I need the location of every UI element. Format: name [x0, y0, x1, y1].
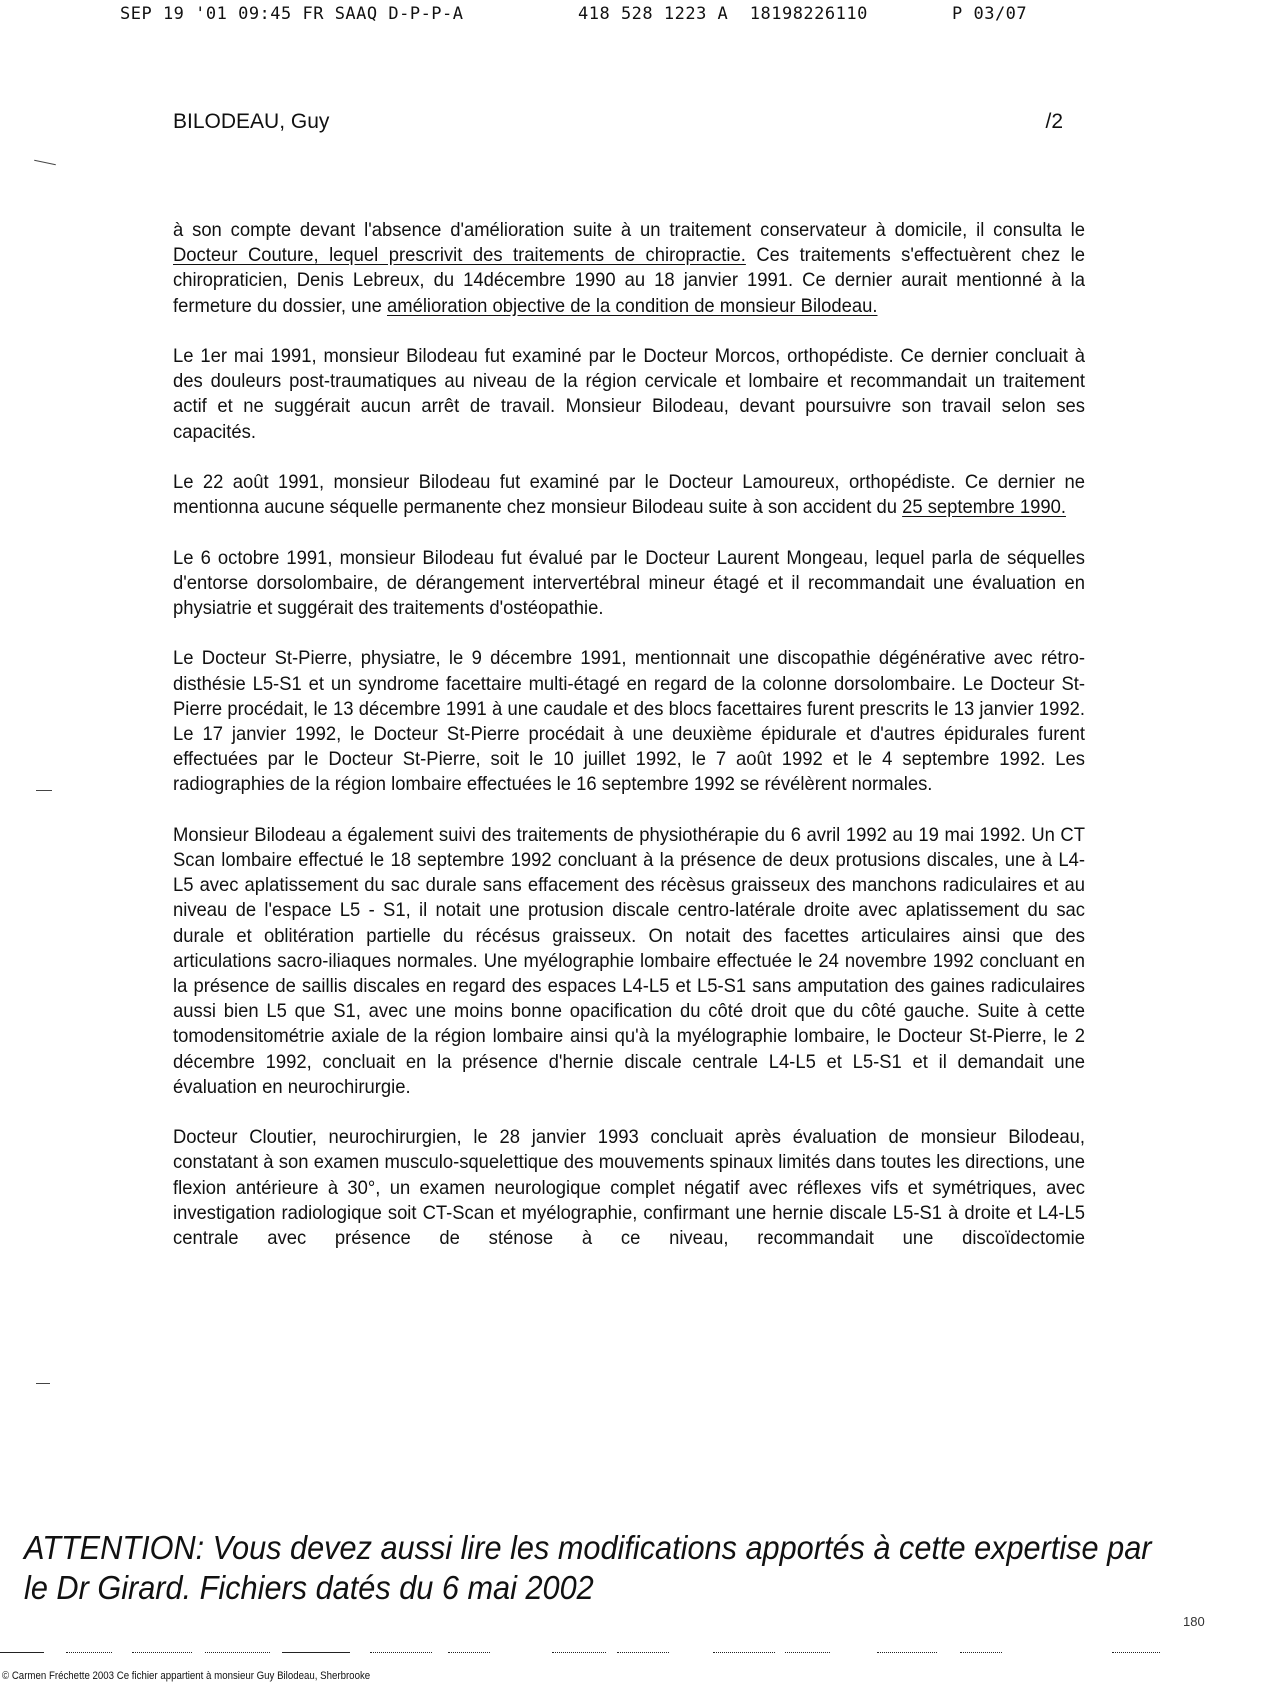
fax-numbers: 418 528 1223 A 18198226110 [578, 4, 868, 24]
text-segment: à son compte devant l'absence d'améliora… [173, 220, 1085, 241]
scan-speck [34, 160, 56, 166]
scan-artifact-line [552, 1652, 606, 1654]
page-header: BILODEAU, Guy /2 [173, 110, 1063, 140]
paragraph-cloutier: Docteur Cloutier, neurochirurgien, le 28… [173, 1125, 1085, 1251]
scan-artifact-line [0, 1652, 44, 1654]
text-segment: Le 1er mai 1991, monsieur Bilodeau fut e… [173, 346, 1085, 443]
scan-artifact-line [1112, 1652, 1160, 1654]
attention-notice: ATTENTION: Vous devez aussi lire les mod… [24, 1528, 1159, 1608]
scan-artifact-line [617, 1652, 669, 1654]
handwritten-page-mark: 180 [1183, 1614, 1205, 1629]
paragraph-mongeau: Le 6 octobre 1991, monsieur Bilodeau fut… [173, 546, 1085, 622]
scan-artifact-line [877, 1652, 937, 1654]
paragraph-chiropractic: à son compte devant l'absence d'améliora… [173, 218, 1085, 319]
paragraph-lamoureux: Le 22 août 1991, monsieur Bilodeau fut e… [173, 470, 1085, 520]
fax-page-indicator: P 03/07 [952, 4, 1027, 24]
scan-artifact-line [960, 1652, 1002, 1654]
scan-artifact-line [370, 1652, 432, 1654]
scan-artifact-line [713, 1652, 775, 1654]
paragraph-morcos: Le 1er mai 1991, monsieur Bilodeau fut e… [173, 344, 1085, 445]
scan-artifact-line [785, 1652, 830, 1654]
text-segment: Le 6 octobre 1991, monsieur Bilodeau fut… [173, 548, 1085, 619]
text-segment: Docteur Cloutier, neurochirurgien, le 28… [173, 1127, 1085, 1249]
scan-speck [36, 790, 52, 791]
paragraph-st-pierre: Le Docteur St-Pierre, physiatre, le 9 dé… [173, 646, 1085, 797]
scan-speck [36, 1383, 50, 1384]
scan-artifact-line [282, 1652, 350, 1654]
fax-transmission-header: SEP 19 '01 09:45 FR SAAQ D-P-P-A 418 528… [0, 4, 1264, 28]
scan-artifact-line [448, 1652, 490, 1654]
text-segment: Monsieur Bilodeau a également suivi des … [173, 825, 1085, 1098]
fax-timestamp: SEP 19 '01 09:45 FR SAAQ D-P-P-A [120, 4, 464, 24]
scan-artifact-line [205, 1652, 270, 1654]
page-number: /2 [1045, 110, 1063, 134]
copyright-footer: © Carmen Fréchette 2003 Ce fichier appar… [2, 1670, 370, 1682]
document-body: à son compte devant l'absence d'améliora… [173, 218, 1085, 1276]
underlined-segment: Docteur Couture, lequel prescrivit des t… [173, 245, 746, 266]
underlined-segment: 25 septembre 1990. [902, 497, 1066, 518]
patient-name: BILODEAU, Guy [173, 110, 329, 134]
scan-artifact-line [66, 1652, 112, 1654]
underlined-segment: amélioration objective de la condition d… [387, 296, 877, 317]
paragraph-physiotherapy-ct-scan: Monsieur Bilodeau a également suivi des … [173, 823, 1085, 1100]
text-segment: Le Docteur St-Pierre, physiatre, le 9 dé… [173, 648, 1085, 795]
scan-artifact-line [132, 1652, 192, 1654]
